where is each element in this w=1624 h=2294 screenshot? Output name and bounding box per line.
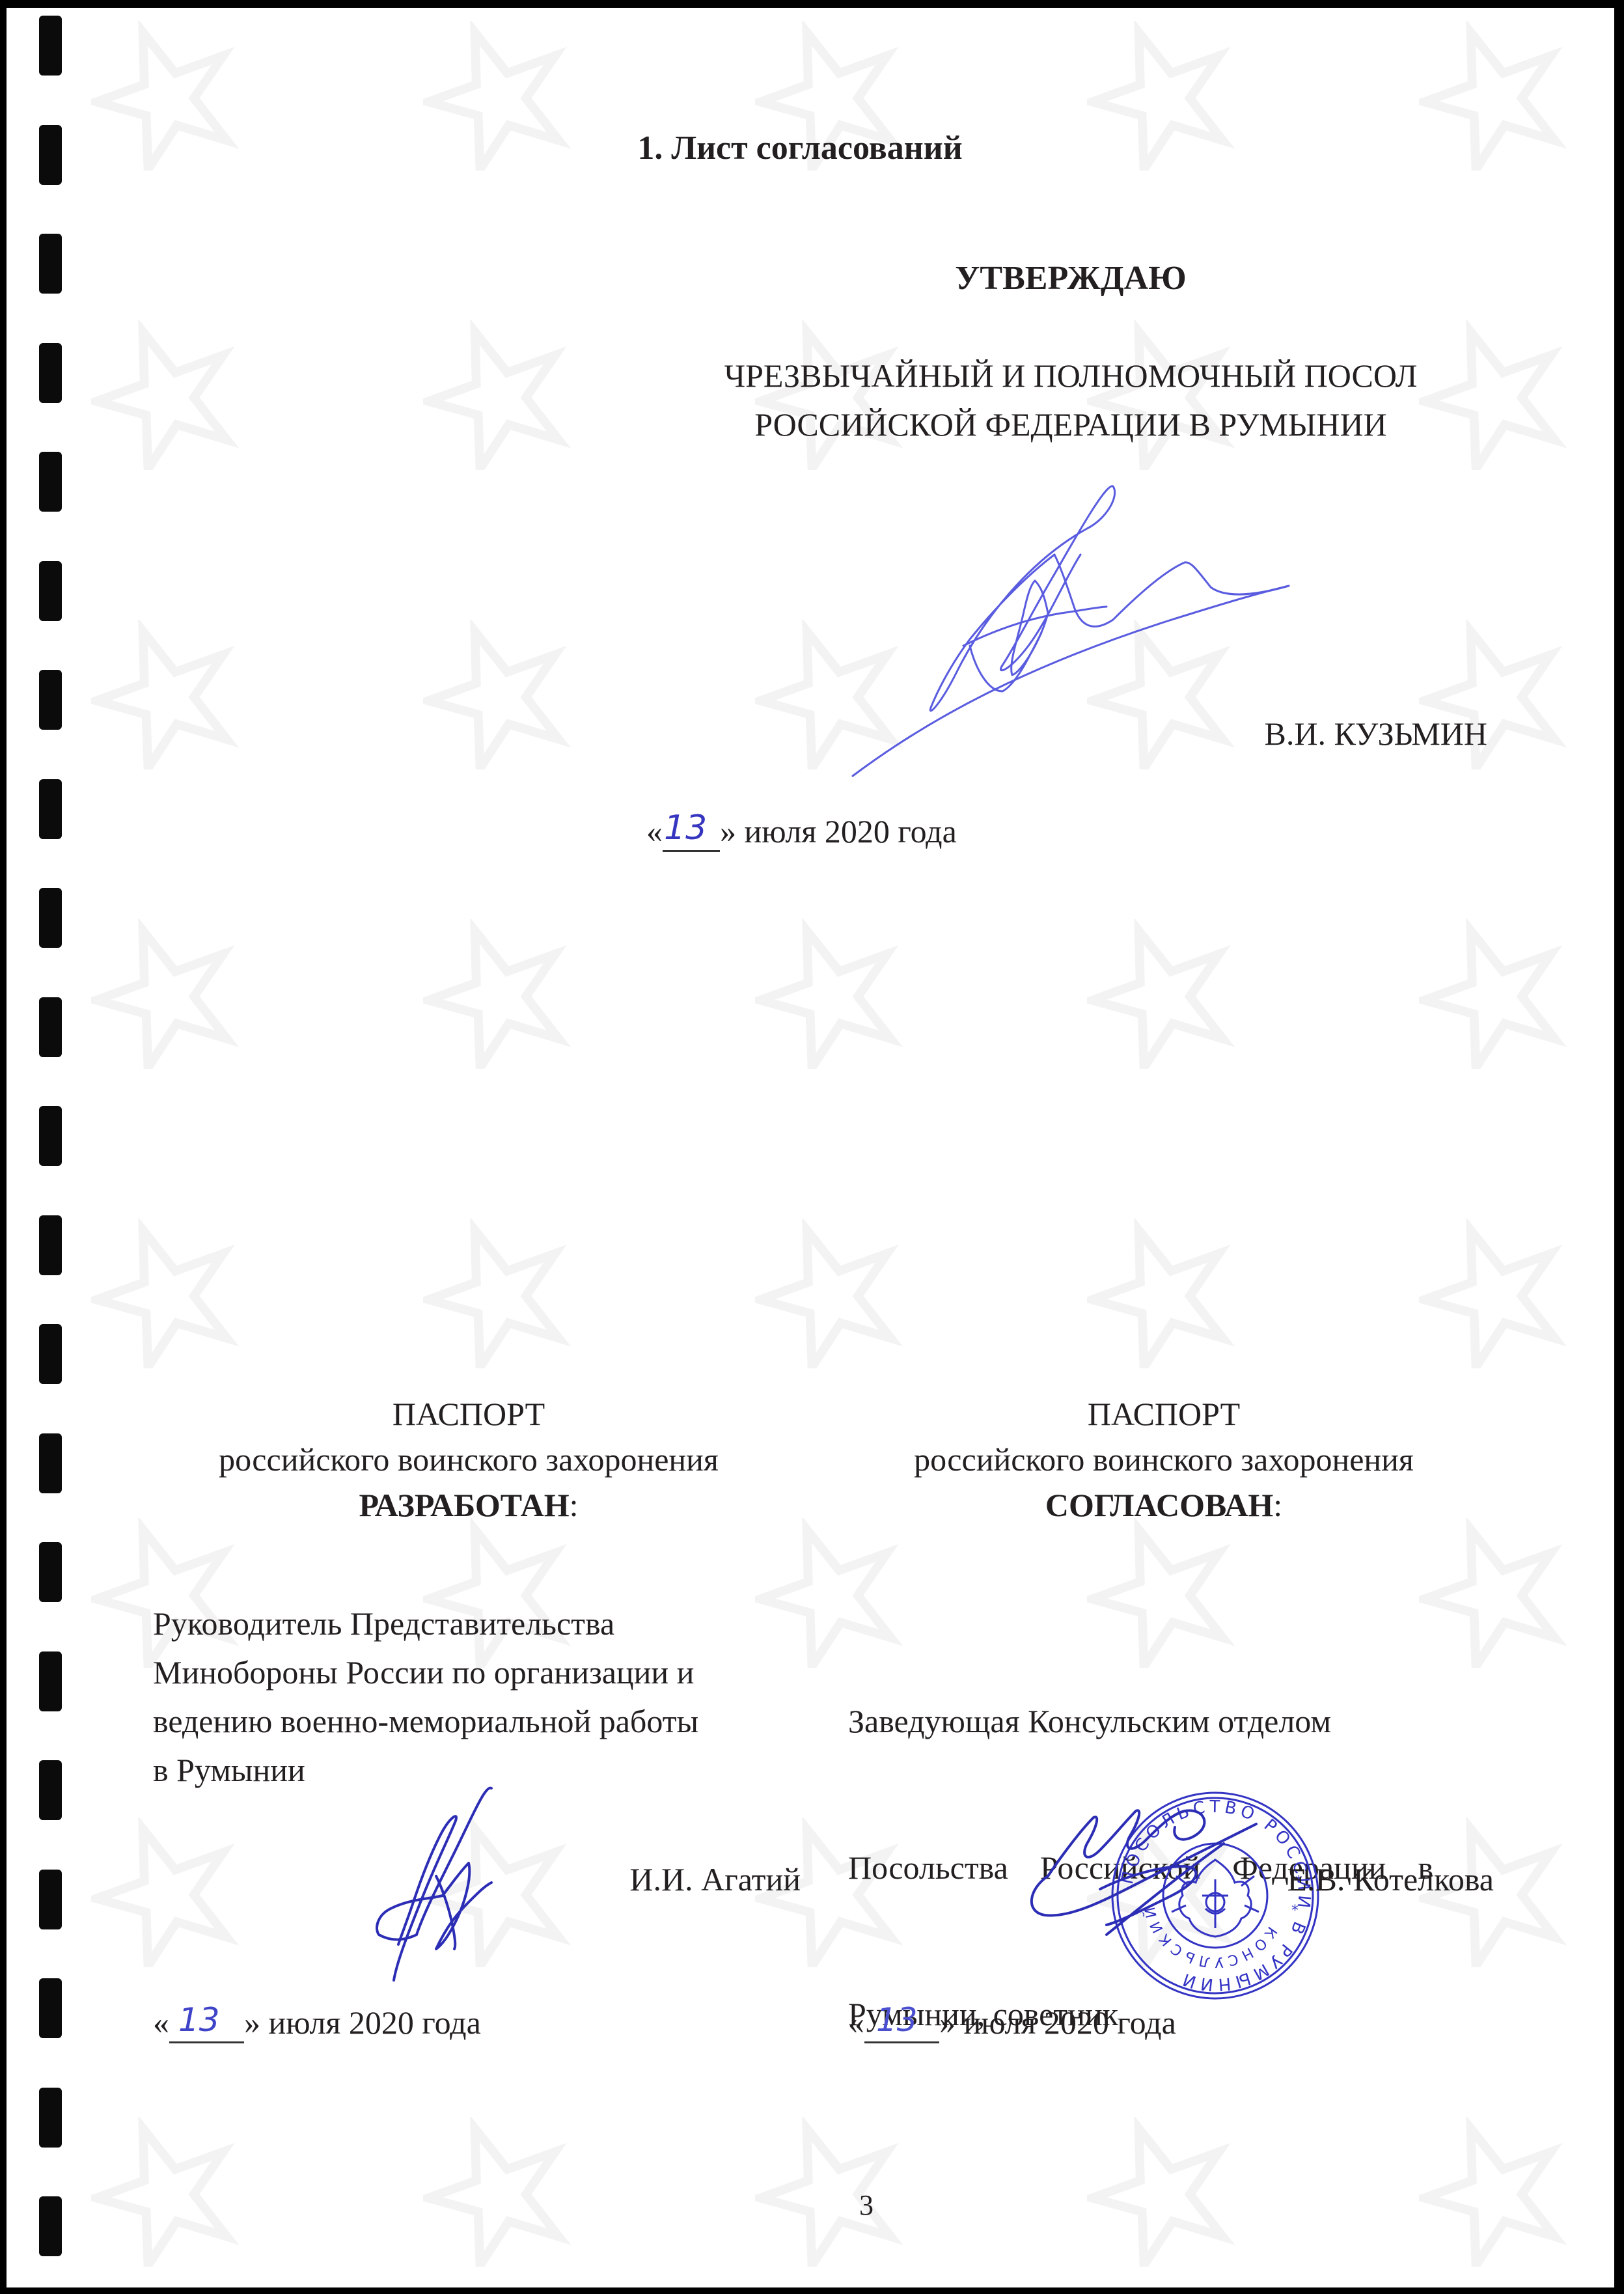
approval-date: «13 » июля 2020 года bbox=[646, 812, 957, 852]
date-open-quote: « bbox=[153, 2004, 169, 2041]
binding-hole bbox=[39, 1324, 62, 1384]
watermark-star-icon bbox=[755, 1219, 905, 1368]
developed-position-line: Минобороны России по организации и bbox=[153, 1648, 804, 1697]
handwritten-day: 13 bbox=[178, 2001, 220, 2039]
binding-hole bbox=[39, 1760, 62, 1820]
date-day-field: 13 bbox=[663, 812, 720, 852]
developed-status-label: РАЗРАБОТАН bbox=[359, 1487, 569, 1523]
binding-hole bbox=[39, 1433, 62, 1493]
date-close-quote: » bbox=[720, 813, 736, 850]
watermark-star-icon bbox=[1419, 2117, 1569, 2267]
date-rest: июля 2020 года bbox=[956, 2004, 1176, 2041]
binding-hole bbox=[39, 1870, 62, 1929]
page-number: 3 bbox=[859, 2189, 874, 2222]
watermark-star-icon bbox=[91, 320, 241, 470]
watermark-star-icon bbox=[1419, 320, 1569, 470]
agreed-status-colon: : bbox=[1273, 1487, 1282, 1523]
watermark-star-icon bbox=[1087, 919, 1237, 1069]
watermark-star-icon bbox=[755, 919, 905, 1069]
approval-heading: УТВЕРЖДАЮ bbox=[657, 259, 1484, 297]
agreed-date: «13 » июля 2020 года bbox=[848, 2004, 1176, 2043]
developed-status: РАЗРАБОТАН: bbox=[153, 1486, 784, 1524]
developed-position: Руководитель Представительства Миноборон… bbox=[153, 1599, 804, 1795]
agreed-position-line: Заведующая Консульским отделом bbox=[848, 1697, 1493, 1746]
binding-hole bbox=[39, 452, 62, 512]
agreed-doc-name: ПАСПОРТ bbox=[848, 1395, 1479, 1433]
watermark-star-icon bbox=[423, 320, 573, 470]
watermark-star-icon bbox=[423, 1219, 573, 1368]
watermark-star-icon bbox=[423, 2117, 573, 2267]
developed-position-line: Руководитель Представительства bbox=[153, 1599, 804, 1648]
binding-hole bbox=[39, 16, 62, 76]
binding-hole bbox=[39, 1651, 62, 1711]
watermark-star-icon bbox=[1419, 1219, 1569, 1368]
binding-hole bbox=[39, 2196, 62, 2256]
developed-doc-name: ПАСПОРТ bbox=[153, 1395, 784, 1433]
binding-hole bbox=[39, 343, 62, 403]
approval-position-line1: ЧРЕЗВЫЧАЙНЫЙ И ПОЛНОМОЧНЫЙ ПОСОЛ bbox=[657, 357, 1484, 394]
section-title: 1. Лист согласований bbox=[7, 129, 1604, 167]
agreed-status-label: СОГЛАСОВАН bbox=[1045, 1487, 1273, 1523]
agreed-doc-subtitle: российского воинского захоронения bbox=[848, 1441, 1479, 1478]
date-open-quote: « bbox=[848, 2004, 864, 2041]
binding-hole bbox=[39, 561, 62, 621]
watermark-star-icon bbox=[1087, 320, 1237, 470]
approval-position-line2: РОССИЙСКОЙ ФЕДЕРАЦИИ В РУМЫНИИ bbox=[657, 406, 1484, 443]
date-open-quote: « bbox=[646, 813, 663, 850]
watermark-star-icon bbox=[1419, 919, 1569, 1069]
binding-hole bbox=[39, 1215, 62, 1275]
watermark-star-icon bbox=[91, 1219, 241, 1368]
binding-hole bbox=[39, 1106, 62, 1166]
binding-hole bbox=[39, 888, 62, 948]
date-day-field: 13 bbox=[169, 2004, 244, 2043]
watermark-star-icon bbox=[91, 620, 241, 769]
approval-signer-name: В.И. КУЗЬМИН bbox=[1265, 715, 1487, 753]
date-close-quote: » bbox=[244, 2004, 260, 2041]
binding-hole bbox=[39, 1978, 62, 2038]
watermark-star-icon bbox=[755, 2117, 905, 2267]
developer-signature bbox=[338, 1778, 534, 1993]
handwritten-day: 13 bbox=[664, 808, 707, 848]
agreed-signature bbox=[1009, 1791, 1315, 1954]
agreed-signer-name: Е.В. Котелкова bbox=[1287, 1860, 1494, 1898]
ambassador-signature bbox=[833, 457, 1302, 789]
binding-hole bbox=[39, 997, 62, 1057]
watermark-star-icon bbox=[91, 1817, 241, 1967]
watermark-star-icon bbox=[1087, 2117, 1237, 2267]
developed-date: «13 » июля 2020 года bbox=[153, 2004, 481, 2043]
document-page: 1. Лист согласований УТВЕРЖДАЮ ЧРЕЗВЫЧАЙ… bbox=[7, 8, 1614, 2287]
developed-status-colon: : bbox=[570, 1487, 579, 1523]
watermark-star-icon bbox=[91, 919, 241, 1069]
handwritten-day: 13 bbox=[876, 2001, 918, 2039]
binding-hole bbox=[39, 779, 62, 839]
agreed-status: СОГЛАСОВАН: bbox=[848, 1486, 1479, 1524]
binding-hole bbox=[39, 1542, 62, 1602]
watermark-star-icon bbox=[423, 919, 573, 1069]
watermark-star-icon bbox=[755, 320, 905, 470]
date-day-field: 13 bbox=[864, 2004, 939, 2043]
date-rest: июля 2020 года bbox=[736, 813, 957, 850]
binding-hole bbox=[39, 670, 62, 730]
developed-doc-subtitle: российского воинского захоронения bbox=[153, 1441, 784, 1478]
date-close-quote: » bbox=[939, 2004, 956, 2041]
binding-hole bbox=[39, 234, 62, 294]
watermark-star-icon bbox=[91, 2117, 241, 2267]
binding-hole bbox=[39, 2088, 62, 2148]
developed-position-line: ведению военно-мемориальной работы bbox=[153, 1697, 804, 1746]
developed-signer-name: И.И. Агатий bbox=[629, 1860, 801, 1898]
date-rest: июля 2020 года bbox=[260, 2004, 481, 2041]
watermark-star-icon bbox=[1087, 1219, 1237, 1368]
watermark-star-icon bbox=[423, 620, 573, 769]
